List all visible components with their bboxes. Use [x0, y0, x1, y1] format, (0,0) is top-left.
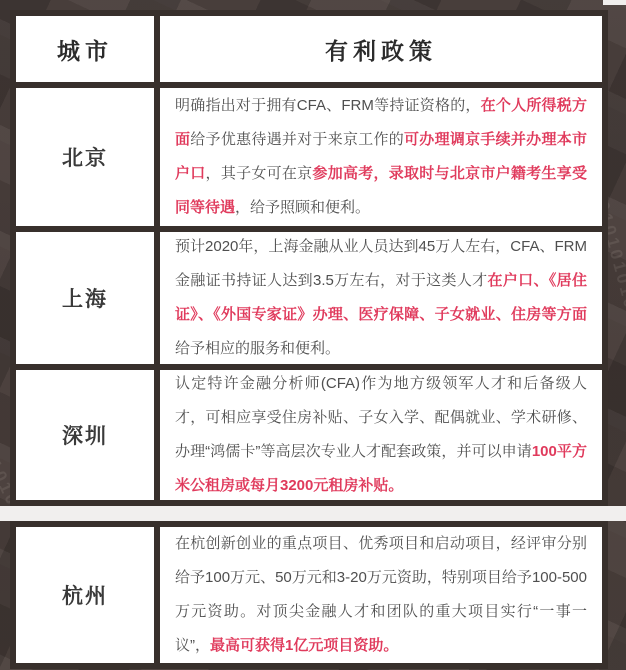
city-name: 深圳 [62, 420, 108, 450]
cropped-light-strip [603, 0, 626, 5]
policy-cell: 认定特许金融分析师(CFA)作为地方级领军人才和后备级人才，可相应享受住房补贴、… [160, 370, 602, 500]
header-cell-policy: 有利政策 [160, 16, 602, 82]
table-header-row: 城市 有利政策 [16, 16, 602, 82]
section-separator-strip [0, 506, 626, 521]
city-cell: 北京 [16, 88, 154, 226]
policy-text: 认定特许金融分析师(CFA)作为地方级领军人才和后备级人才，可相应享受住房补贴、… [175, 367, 587, 503]
policy-cell: 预计2020年，上海金融从业人员达到45万人左右，CFA、FRM金融证书持证人达… [160, 232, 602, 364]
city-cell: 杭州 [16, 527, 154, 663]
header-label-city: 城市 [57, 33, 113, 66]
city-policy-table: 城市 有利政策 北京 明确指出对于拥有CFA、FRM等持证资格的，在个人所得税方… [10, 10, 608, 506]
city-name: 上海 [62, 283, 108, 313]
policy-text: 明确指出对于拥有CFA、FRM等持证资格的，在个人所得税方面给予优惠待遇并对于来… [175, 89, 587, 225]
policy-cell: 在杭创新创业的重点项目、优秀项目和启动项目，经评审分别给予100万元、50万元和… [160, 527, 602, 663]
city-cell: 深圳 [16, 370, 154, 500]
table-row-shanghai: 上海 预计2020年，上海金融从业人员达到45万人左右，CFA、FRM金融证书持… [16, 232, 602, 364]
city-name: 杭州 [62, 580, 108, 610]
header-cell-city: 城市 [16, 16, 154, 82]
hangzhou-policy-table: 杭州 在杭创新创业的重点项目、优秀项目和启动项目，经评审分别给予100万元、50… [10, 521, 608, 669]
policy-cell: 明确指出对于拥有CFA、FRM等持证资格的，在个人所得税方面给予优惠待遇并对于来… [160, 88, 602, 226]
header-label-policy: 有利政策 [325, 33, 437, 66]
city-cell: 上海 [16, 232, 154, 364]
city-name: 北京 [62, 142, 108, 172]
policy-text: 预计2020年，上海金融从业人员达到45万人左右，CFA、FRM金融证书持证人达… [175, 230, 587, 366]
policy-text: 在杭创新创业的重点项目、优秀项目和启动项目，经评审分别给予100万元、50万元和… [175, 527, 587, 663]
table-row-shenzhen: 深圳 认定特许金融分析师(CFA)作为地方级领军人才和后备级人才，可相应享受住房… [16, 370, 602, 500]
table-row-beijing: 北京 明确指出对于拥有CFA、FRM等持证资格的，在个人所得税方面给予优惠待遇并… [16, 88, 602, 226]
table-row-hangzhou: 杭州 在杭创新创业的重点项目、优秀项目和启动项目，经评审分别给予100万元、50… [16, 527, 602, 663]
